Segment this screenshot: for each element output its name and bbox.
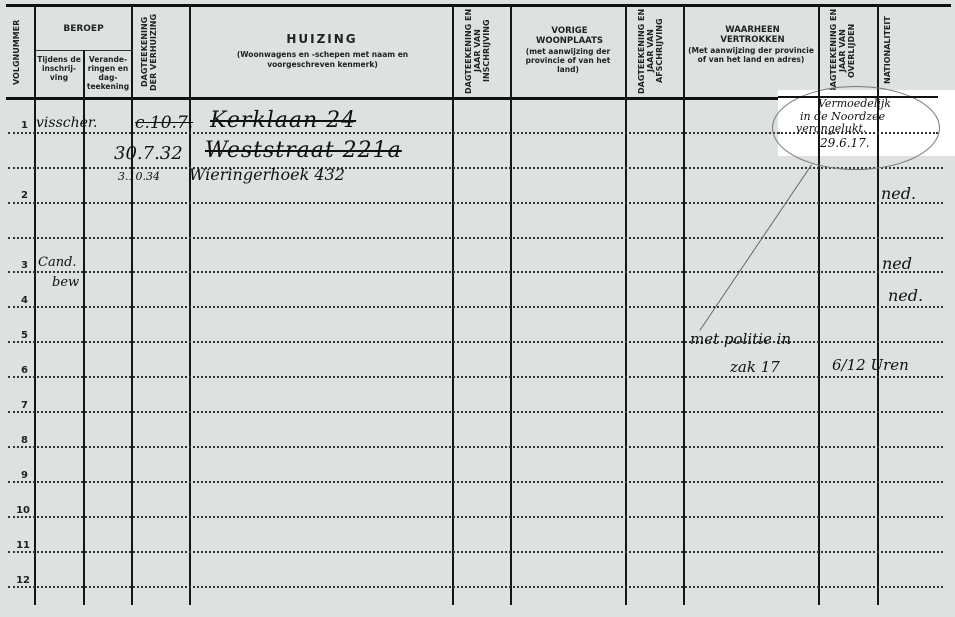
header-dag-overlijden: DAGTEEKENING EN JAAR VAN OVERLIJDEN: [829, 8, 867, 94]
col-divider: [625, 5, 627, 605]
header-huizing-sub: (Woonwagens en -schepen met naam en voor…: [225, 50, 420, 70]
row-line-9: [8, 481, 943, 483]
row-line-1b: [8, 167, 943, 169]
row-number: 8: [4, 435, 28, 446]
row-line-7: [8, 411, 943, 413]
col-divider: [510, 5, 512, 605]
row-number: 12: [6, 575, 30, 586]
row1b-date: 30.7.32: [114, 143, 183, 164]
row3-beroep-line1: Cand.: [38, 255, 77, 270]
header-dag-verhuizing: DAGTEEKENING DER VERHUIZING: [140, 10, 158, 94]
row1c-address: Wieringerhoek 432: [189, 165, 345, 184]
row1c-date: 3.10.34: [118, 170, 160, 183]
row-number: 7: [4, 400, 28, 411]
row-number: 9: [4, 470, 28, 481]
row-line-4: [8, 306, 943, 308]
vertrokken-line2b: 6/12 Uren: [832, 356, 909, 374]
col-divider: [34, 5, 36, 605]
overlijden-note-1: Vermoedelijk: [818, 97, 891, 110]
row-line-8: [8, 446, 943, 448]
registration-card: VOLGNUMMER BEROEP Tijdens de inschrij-vi…: [0, 0, 955, 617]
row-number: 4: [4, 295, 28, 306]
col-divider: [683, 5, 685, 605]
col-divider: [452, 5, 454, 605]
row-number: 5: [4, 330, 28, 341]
header-volgnummer: VOLGNUMMER: [12, 10, 21, 95]
row1-date: c.10.7.: [135, 113, 193, 133]
row-line-6: [8, 376, 943, 378]
row-line-12: [8, 586, 943, 588]
header-dag-afschrijving: DAGTEEKENING EN JAAR VAN AFSCHRIJVING: [637, 8, 673, 94]
header-huizing: HUIZING: [192, 32, 452, 46]
col-divider: [189, 5, 191, 605]
nationality-row3: ned: [882, 254, 912, 273]
row-number: 1: [4, 120, 28, 131]
header-waarheen-vertrokken: WAARHEEN VERTROKKEN: [710, 25, 795, 45]
row3-beroep-line2: bew: [52, 275, 79, 290]
header-nationaliteit: NATIONALITEIT: [883, 10, 897, 90]
header-beroep: BEROEP: [36, 24, 131, 34]
header-beroep-tijdens: Tijdens de inschrij-ving: [36, 55, 82, 82]
vertrokken-line1: met politie in: [690, 330, 791, 348]
header-waarheen-sub: (Met aanwijzing der provincie of van het…: [686, 46, 816, 64]
row-line-3: [8, 271, 943, 273]
row-line-2b: [8, 237, 943, 239]
nationality-row2: ned.: [881, 184, 916, 203]
row-number: 11: [6, 540, 30, 551]
row1-beroep: visscher.: [36, 115, 98, 131]
row-line-2: [8, 202, 943, 204]
row-line-5: [8, 341, 943, 343]
row-line-11: [8, 551, 943, 553]
row1b-address: Weststraat 221a: [205, 138, 402, 163]
row-number: 6: [4, 365, 28, 376]
row-line-10: [8, 516, 943, 518]
header-vorige-woonplaats: VORIGE WOONPLAATS: [527, 26, 612, 46]
nationality-row4: ned.: [888, 286, 923, 305]
header-beroep-veranderingen: Verande-ringen en dag-teekening: [85, 55, 131, 91]
row-number: 2: [4, 190, 28, 201]
header-dag-inschrijving: DAGTEEKENING EN JAAR VAN INSCHRIJVING: [464, 8, 500, 94]
vertrokken-line2: zak 17: [730, 358, 780, 376]
col-divider: [131, 5, 133, 605]
header-top-rule: [6, 4, 951, 7]
header-vorige-sub: (met aanwijzing der provincie of van het…: [514, 47, 622, 74]
note-row-line: [778, 132, 938, 134]
overlijden-note-4: 29.6.17.: [820, 136, 870, 150]
row-number: 10: [6, 505, 30, 516]
row-number: 3: [4, 260, 28, 271]
row1-address: Kerklaan 24: [210, 108, 356, 133]
